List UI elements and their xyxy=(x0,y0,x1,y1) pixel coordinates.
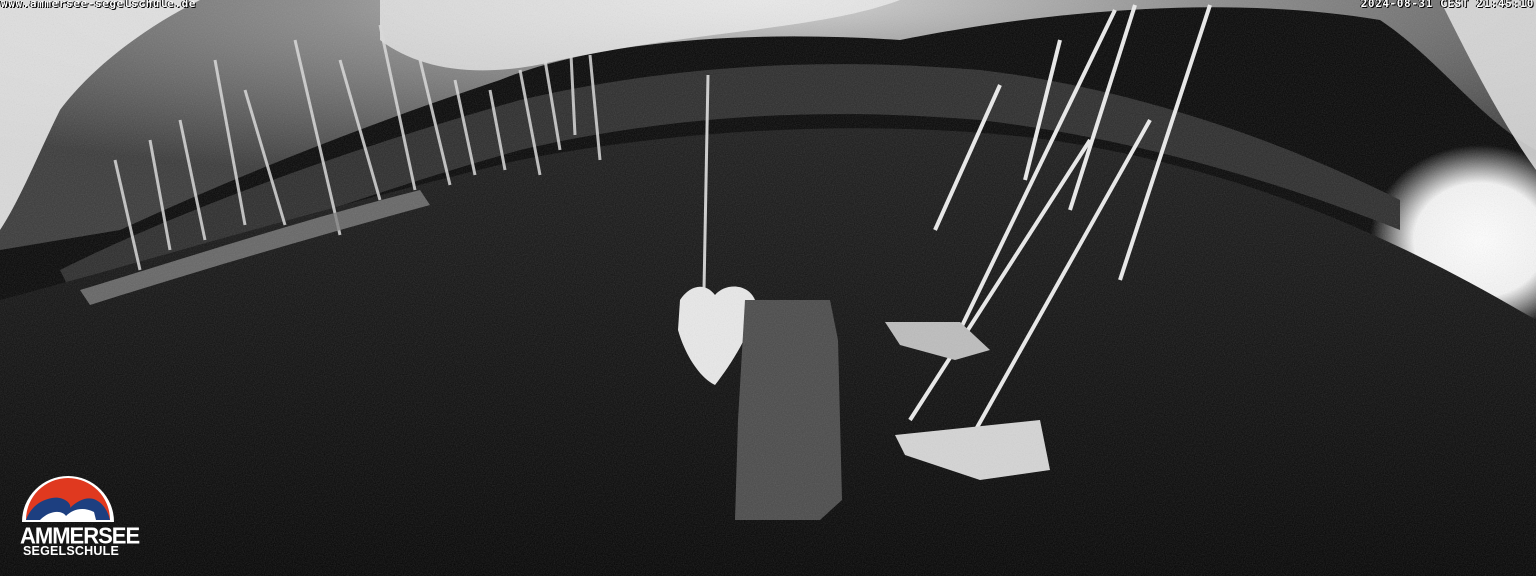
webcam-image: www.ammersee-segelschule.de 2024-08-31 C… xyxy=(0,0,1536,576)
timestamp-overlay: 2024-08-31 CEST 21:45:10 xyxy=(1361,0,1534,10)
logo-subtitle: SEGELSCHULE xyxy=(20,544,122,558)
marina-scene xyxy=(0,0,1536,576)
ammersee-segelschule-logo: AMMERSEE SEGELSCHULE xyxy=(20,456,122,560)
website-overlay: www.ammersee-segelschule.de xyxy=(1,0,196,10)
logo-wave-icon xyxy=(20,456,116,524)
